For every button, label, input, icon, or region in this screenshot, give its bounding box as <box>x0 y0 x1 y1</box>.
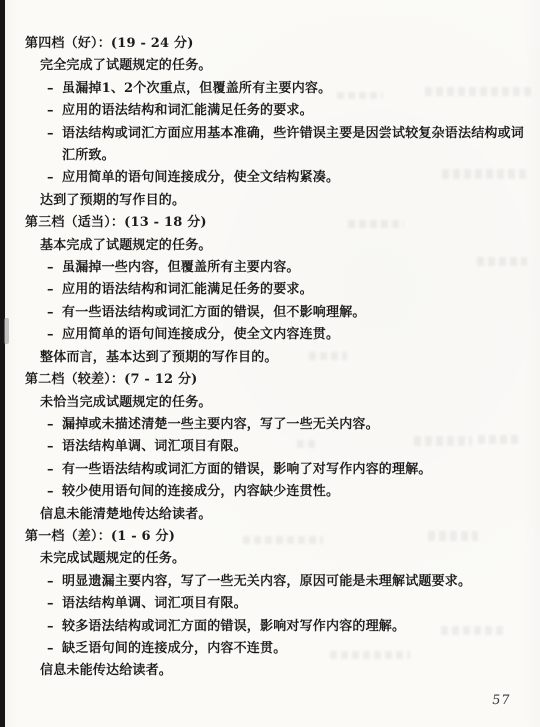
bullet-item: –漏掉或未描述清楚一些主要内容，写了一些无关内容。 <box>25 414 535 436</box>
bullet-item: –有一些语法结构或词汇方面的错误，影响了对写作内容的理解。 <box>25 459 535 481</box>
bullet-dash: – <box>47 459 54 481</box>
bullet-item: –较多语法结构或词汇方面的错误，影响对写作内容的理解。 <box>25 616 535 638</box>
bullet-dash: – <box>47 78 54 100</box>
bullet-item: –缺乏语句间的连接成分，内容不连贯。 <box>25 638 535 660</box>
bullet-item: –较少使用语句间的连接成分，内容缺少连贯性。 <box>25 481 535 503</box>
bullet-text: 语法结构单调、词汇项目有限。 <box>62 439 247 454</box>
bullet-item: –语法结构单调、词汇项目有限。 <box>25 593 535 615</box>
band-opening: 未恰当完成试题规定的任务。 <box>40 392 535 414</box>
bullet-text: 语法结构或词汇方面应用基本准确，些许错误主要是因尝试较复杂语法结构或词汇所致。 <box>62 126 524 163</box>
bullet-dash: – <box>47 638 54 660</box>
bullet-item: –语法结构或词汇方面应用基本准确，些许错误主要是因尝试较复杂语法结构或词汇所致。 <box>25 123 535 168</box>
band-section-2: 第二档（较差）：(7 - 12 分) 未恰当完成试题规定的任务。 –漏掉或未描述… <box>25 369 535 526</box>
bullet-text: 应用简单的语句间连接成分，使全文结构紧凑。 <box>62 170 339 185</box>
band-header: 第一档（差）：(1 - 6 分) <box>25 526 535 548</box>
bullet-text: 虽漏掉一些内容，但覆盖所有主要内容。 <box>62 260 300 275</box>
bullet-dash: – <box>47 414 54 436</box>
bullet-item: –有一些语法结构或词汇方面的错误，但不影响理解。 <box>25 302 535 324</box>
bullet-text: 明显遗漏主要内容，写了一些无关内容，原因可能是未理解试题要求。 <box>62 574 471 589</box>
bullet-dash: – <box>47 257 54 279</box>
bullet-dash: – <box>47 616 54 638</box>
bullet-item: –虽漏掉1、2个次重点，但覆盖所有主要内容。 <box>25 78 535 100</box>
band-section-1: 第一档（差）：(1 - 6 分) 未完成试题规定的任务。 –明显遗漏主要内容，写… <box>25 526 535 683</box>
bullet-dash: – <box>47 571 54 593</box>
bullet-text: 应用的语法结构和词汇能满足任务的要求。 <box>62 282 313 297</box>
bullet-text: 应用的语法结构和词汇能满足任务的要求。 <box>62 103 313 118</box>
band-closing: 整体而言，基本达到了预期的写作目的。 <box>40 347 535 369</box>
band-opening: 完全完成了试题规定的任务。 <box>40 55 535 77</box>
band-section-3: 第三档（适当）：(13 - 18 分) 基本完成了试题规定的任务。 –虽漏掉一些… <box>25 212 535 369</box>
bullet-dash: – <box>47 302 54 324</box>
bullet-dash: – <box>47 436 54 458</box>
bullet-text: 有一些语法结构或词汇方面的错误，但不影响理解。 <box>62 305 366 320</box>
bullet-item: –明显遗漏主要内容，写了一些无关内容，原因可能是未理解试题要求。 <box>25 571 535 593</box>
bullet-text: 漏掉或未描述清楚一些主要内容，写了一些无关内容。 <box>62 417 379 432</box>
bullet-dash: – <box>47 279 54 301</box>
bullet-item: –应用的语法结构和词汇能满足任务的要求。 <box>25 279 535 301</box>
bullet-item: –应用简单的语句间连接成分，使全文结构紧凑。 <box>25 167 535 189</box>
band-section-4: 第四档（好）：(19 - 24 分) 完全完成了试题规定的任务。 –虽漏掉1、2… <box>25 33 535 212</box>
bullet-dash: – <box>47 100 54 122</box>
bullet-item: –语法结构单调、词汇项目有限。 <box>25 436 535 458</box>
bullet-dash: – <box>47 123 54 145</box>
band-closing: 信息未能清楚地传达给读者。 <box>40 504 535 526</box>
band-header: 第二档（较差）：(7 - 12 分) <box>25 369 535 391</box>
bullet-dash: – <box>47 481 54 503</box>
bullet-item: –应用简单的语句间连接成分，使全文内容连贯。 <box>25 324 535 346</box>
bullet-item: –应用的语法结构和词汇能满足任务的要求。 <box>25 100 535 122</box>
bullet-text: 应用简单的语句间连接成分，使全文内容连贯。 <box>62 327 339 342</box>
bullet-text: 较少使用语句间的连接成分，内容缺少连贯性。 <box>62 484 339 499</box>
bullet-dash: – <box>47 593 54 615</box>
bullet-dash: – <box>47 167 54 189</box>
band-opening: 未完成试题规定的任务。 <box>40 548 535 570</box>
band-closing: 信息未能传达给读者。 <box>40 660 535 682</box>
band-closing: 达到了预期的写作目的。 <box>40 190 535 212</box>
band-opening: 基本完成了试题规定的任务。 <box>40 235 535 257</box>
scoring-rubric: 第四档（好）：(19 - 24 分) 完全完成了试题规定的任务。 –虽漏掉1、2… <box>0 0 540 683</box>
bullet-text: 较多语法结构或词汇方面的错误，影响对写作内容的理解。 <box>62 619 405 634</box>
page-number: 57 <box>491 693 512 708</box>
bullet-text: 缺乏语句间的连接成分，内容不连贯。 <box>62 641 286 656</box>
scanned-document-page: 第四档（好）：(19 - 24 分) 完全完成了试题规定的任务。 –虽漏掉1、2… <box>0 0 540 727</box>
bullet-item: –虽漏掉一些内容，但覆盖所有主要内容。 <box>25 257 535 279</box>
bullet-text: 有一些语法结构或词汇方面的错误，影响了对写作内容的理解。 <box>62 462 432 477</box>
bullet-text: 语法结构单调、词汇项目有限。 <box>62 596 247 611</box>
bullet-dash: – <box>47 324 54 346</box>
bullet-text: 虽漏掉1、2个次重点，但覆盖所有主要内容。 <box>62 81 331 96</box>
band-header: 第四档（好）：(19 - 24 分) <box>25 33 535 55</box>
band-header: 第三档（适当）：(13 - 18 分) <box>25 212 535 234</box>
